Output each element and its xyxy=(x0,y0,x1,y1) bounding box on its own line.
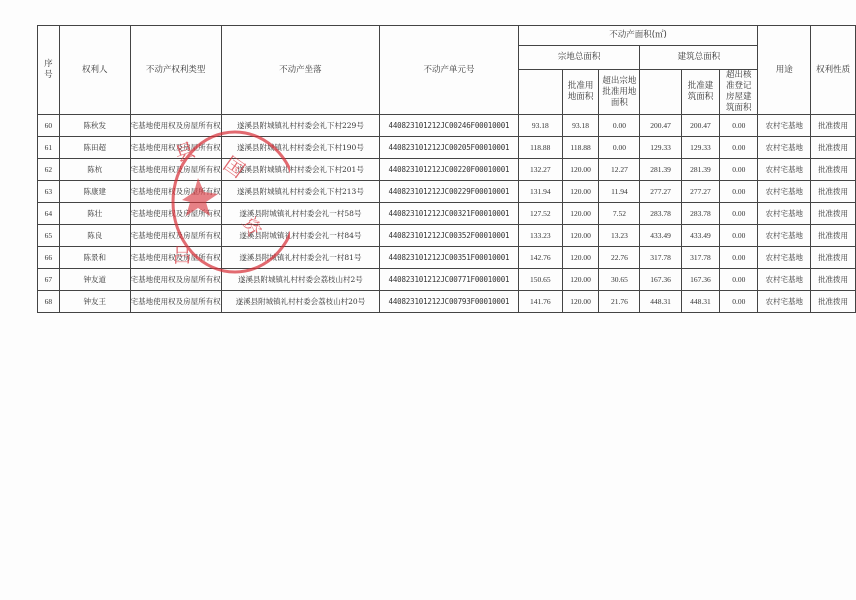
cell-nature: 批准拨用 xyxy=(811,181,856,203)
table-row: 67 钟友道 宅基地使用权及房屋所有权 遂溪县附城镇礼村村委会荔枝山村2号 44… xyxy=(38,269,856,291)
cell-land-approved: 93.18 xyxy=(562,115,599,137)
cell-usage: 农村宅基地 xyxy=(758,115,811,137)
cell-land-exceed: 0.00 xyxy=(599,115,640,137)
cell-building-total: 277.27 xyxy=(640,181,681,203)
cell-building-exceed: 0.00 xyxy=(720,115,758,137)
header-land-total-group: 宗地总面积 xyxy=(518,46,640,70)
cell-building-exceed: 0.00 xyxy=(720,181,758,203)
cell-right-type: 宅基地使用权及房屋所有权 xyxy=(130,137,221,159)
cell-building-approved: 317.78 xyxy=(681,247,720,269)
cell-seq: 67 xyxy=(38,269,60,291)
cell-right-type: 宅基地使用权及房屋所有权 xyxy=(130,225,221,247)
cell-owner: 钟友道 xyxy=(59,269,130,291)
cell-unit-no: 440823101212JC00793F00010001 xyxy=(380,291,519,313)
cell-nature: 批准拨用 xyxy=(811,269,856,291)
cell-building-approved: 277.27 xyxy=(681,181,720,203)
cell-land-exceed: 30.65 xyxy=(599,269,640,291)
cell-nature: 批准拨用 xyxy=(811,225,856,247)
cell-land-total: 132.27 xyxy=(518,159,562,181)
cell-right-type: 宅基地使用权及房屋所有权 xyxy=(130,291,221,313)
cell-owner: 陈良 xyxy=(59,225,130,247)
cell-usage: 农村宅基地 xyxy=(758,291,811,313)
cell-building-total: 433.49 xyxy=(640,225,681,247)
cell-usage: 农村宅基地 xyxy=(758,269,811,291)
cell-owner: 陈杭 xyxy=(59,159,130,181)
header-land-total xyxy=(518,70,562,115)
cell-location: 遂溪县附城镇礼村村委会礼下村229号 xyxy=(221,115,380,137)
cell-building-total: 281.39 xyxy=(640,159,681,181)
cell-owner: 陈康建 xyxy=(59,181,130,203)
cell-land-total: 142.76 xyxy=(518,247,562,269)
cell-land-total: 131.94 xyxy=(518,181,562,203)
cell-land-approved: 118.88 xyxy=(562,137,599,159)
cell-location: 遂溪县附城镇礼村村委会礼下村201号 xyxy=(221,159,380,181)
header-building-approved: 批准建筑面积 xyxy=(681,70,720,115)
cell-building-approved: 281.39 xyxy=(681,159,720,181)
cell-building-approved: 200.47 xyxy=(681,115,720,137)
cell-location: 遂溪县附城镇礼村村委会礼下村213号 xyxy=(221,181,380,203)
cell-building-approved: 283.78 xyxy=(681,203,720,225)
cell-building-total: 448.31 xyxy=(640,291,681,313)
cell-unit-no: 440823101212JC00205F00010001 xyxy=(380,137,519,159)
cell-nature: 批准拨用 xyxy=(811,115,856,137)
cell-land-exceed: 22.76 xyxy=(599,247,640,269)
cell-land-approved: 120.00 xyxy=(562,159,599,181)
cell-unit-no: 440823101212JC00321F00010001 xyxy=(380,203,519,225)
cell-building-exceed: 0.00 xyxy=(720,225,758,247)
cell-land-total: 93.18 xyxy=(518,115,562,137)
cell-unit-no: 440823101212JC00229F00010001 xyxy=(380,181,519,203)
header-location: 不动产坐落 xyxy=(221,26,380,115)
cell-right-type: 宅基地使用权及房屋所有权 xyxy=(130,159,221,181)
table-row: 62 陈杭 宅基地使用权及房屋所有权 遂溪县附城镇礼村村委会礼下村201号 44… xyxy=(38,159,856,181)
cell-unit-no: 440823101212JC00771F00010001 xyxy=(380,269,519,291)
cell-land-total: 141.76 xyxy=(518,291,562,313)
cell-land-total: 118.88 xyxy=(518,137,562,159)
cell-land-approved: 120.00 xyxy=(562,181,599,203)
cell-building-total: 167.36 xyxy=(640,269,681,291)
cell-location: 遂溪县附城镇礼村村委会礼一村81号 xyxy=(221,247,380,269)
cell-usage: 农村宅基地 xyxy=(758,247,811,269)
cell-building-exceed: 0.00 xyxy=(720,159,758,181)
cell-usage: 农村宅基地 xyxy=(758,225,811,247)
cell-land-approved: 120.00 xyxy=(562,225,599,247)
header-land-approved: 批准用地面积 xyxy=(562,70,599,115)
header-building-total-group: 建筑总面积 xyxy=(640,46,758,70)
cell-seq: 66 xyxy=(38,247,60,269)
cell-owner: 陈秋发 xyxy=(59,115,130,137)
cell-nature: 批准拨用 xyxy=(811,137,856,159)
cell-unit-no: 440823101212JC00351F00010001 xyxy=(380,247,519,269)
cell-building-approved: 167.36 xyxy=(681,269,720,291)
cell-location: 遂溪县附城镇礼村村委会礼一村58号 xyxy=(221,203,380,225)
cell-location: 遂溪县附城镇礼村村委会礼一村84号 xyxy=(221,225,380,247)
cell-building-total: 129.33 xyxy=(640,137,681,159)
cell-usage: 农村宅基地 xyxy=(758,159,811,181)
header-usage: 用途 xyxy=(758,26,811,115)
cell-seq: 64 xyxy=(38,203,60,225)
cell-owner: 陈田超 xyxy=(59,137,130,159)
cell-land-exceed: 0.00 xyxy=(599,137,640,159)
cell-owner: 陈壮 xyxy=(59,203,130,225)
cell-right-type: 宅基地使用权及房屋所有权 xyxy=(130,269,221,291)
cell-land-exceed: 12.27 xyxy=(599,159,640,181)
cell-nature: 批准拨用 xyxy=(811,159,856,181)
cell-usage: 农村宅基地 xyxy=(758,137,811,159)
header-land-exceed: 超出宗地批准用地面积 xyxy=(599,70,640,115)
cell-unit-no: 440823101212JC00352F00010001 xyxy=(380,225,519,247)
cell-land-approved: 120.00 xyxy=(562,247,599,269)
cell-building-total: 317.78 xyxy=(640,247,681,269)
cell-land-approved: 120.00 xyxy=(562,203,599,225)
cell-building-exceed: 0.00 xyxy=(720,203,758,225)
header-owner: 权利人 xyxy=(59,26,130,115)
header-unit-no: 不动产单元号 xyxy=(380,26,519,115)
cell-right-type: 宅基地使用权及房屋所有权 xyxy=(130,181,221,203)
table-row: 63 陈康建 宅基地使用权及房屋所有权 遂溪县附城镇礼村村委会礼下村213号 4… xyxy=(38,181,856,203)
registry-sheet: 序号 权利人 不动产权利类型 不动产坐落 不动产单元号 不动产面积(㎡) 用途 … xyxy=(37,25,856,313)
cell-right-type: 宅基地使用权及房屋所有权 xyxy=(130,115,221,137)
header-seq: 序号 xyxy=(38,26,60,115)
cell-land-exceed: 11.94 xyxy=(599,181,640,203)
header-nature: 权利性质 xyxy=(811,26,856,115)
cell-land-exceed: 7.52 xyxy=(599,203,640,225)
cell-seq: 61 xyxy=(38,137,60,159)
cell-owner: 陈景和 xyxy=(59,247,130,269)
cell-building-exceed: 0.00 xyxy=(720,247,758,269)
cell-seq: 60 xyxy=(38,115,60,137)
cell-building-exceed: 0.00 xyxy=(720,269,758,291)
table-body: 60 陈秋发 宅基地使用权及房屋所有权 遂溪县附城镇礼村村委会礼下村229号 4… xyxy=(38,115,856,313)
cell-building-approved: 129.33 xyxy=(681,137,720,159)
cell-nature: 批准拨用 xyxy=(811,203,856,225)
cell-land-exceed: 13.23 xyxy=(599,225,640,247)
cell-building-exceed: 0.00 xyxy=(720,137,758,159)
header-area-group: 不动产面积(㎡) xyxy=(518,26,758,46)
cell-seq: 63 xyxy=(38,181,60,203)
cell-land-total: 133.23 xyxy=(518,225,562,247)
cell-building-total: 283.78 xyxy=(640,203,681,225)
header-right-type: 不动产权利类型 xyxy=(130,26,221,115)
table-row: 66 陈景和 宅基地使用权及房屋所有权 遂溪县附城镇礼村村委会礼一村81号 44… xyxy=(38,247,856,269)
cell-usage: 农村宅基地 xyxy=(758,181,811,203)
cell-land-total: 150.65 xyxy=(518,269,562,291)
cell-usage: 农村宅基地 xyxy=(758,203,811,225)
cell-land-approved: 120.00 xyxy=(562,291,599,313)
table-row: 60 陈秋发 宅基地使用权及房屋所有权 遂溪县附城镇礼村村委会礼下村229号 4… xyxy=(38,115,856,137)
cell-location: 遂溪县附城镇礼村村委会荔枝山村2号 xyxy=(221,269,380,291)
header-building-exceed: 超出核准登记房屋建筑面积 xyxy=(720,70,758,115)
cell-seq: 62 xyxy=(38,159,60,181)
property-registry-table: 序号 权利人 不动产权利类型 不动产坐落 不动产单元号 不动产面积(㎡) 用途 … xyxy=(37,25,856,313)
table-row: 64 陈壮 宅基地使用权及房屋所有权 遂溪县附城镇礼村村委会礼一村58号 440… xyxy=(38,203,856,225)
cell-land-exceed: 21.76 xyxy=(599,291,640,313)
cell-location: 遂溪县附城镇礼村村委会礼下村190号 xyxy=(221,137,380,159)
cell-location: 遂溪县附城镇礼村村委会荔枝山村20号 xyxy=(221,291,380,313)
cell-right-type: 宅基地使用权及房屋所有权 xyxy=(130,247,221,269)
header-building-total xyxy=(640,70,681,115)
cell-unit-no: 440823101212JC00246F00010001 xyxy=(380,115,519,137)
cell-nature: 批准拨用 xyxy=(811,291,856,313)
cell-building-total: 200.47 xyxy=(640,115,681,137)
cell-seq: 65 xyxy=(38,225,60,247)
cell-building-exceed: 0.00 xyxy=(720,291,758,313)
table-row: 61 陈田超 宅基地使用权及房屋所有权 遂溪县附城镇礼村村委会礼下村190号 4… xyxy=(38,137,856,159)
cell-owner: 钟友王 xyxy=(59,291,130,313)
table-row: 65 陈良 宅基地使用权及房屋所有权 遂溪县附城镇礼村村委会礼一村84号 440… xyxy=(38,225,856,247)
cell-unit-no: 440823101212JC00220F00010001 xyxy=(380,159,519,181)
cell-right-type: 宅基地使用权及房屋所有权 xyxy=(130,203,221,225)
cell-building-approved: 433.49 xyxy=(681,225,720,247)
cell-building-approved: 448.31 xyxy=(681,291,720,313)
cell-land-total: 127.52 xyxy=(518,203,562,225)
cell-nature: 批准拨用 xyxy=(811,247,856,269)
table-row: 68 钟友王 宅基地使用权及房屋所有权 遂溪县附城镇礼村村委会荔枝山村20号 4… xyxy=(38,291,856,313)
cell-land-approved: 120.00 xyxy=(562,269,599,291)
cell-seq: 68 xyxy=(38,291,60,313)
